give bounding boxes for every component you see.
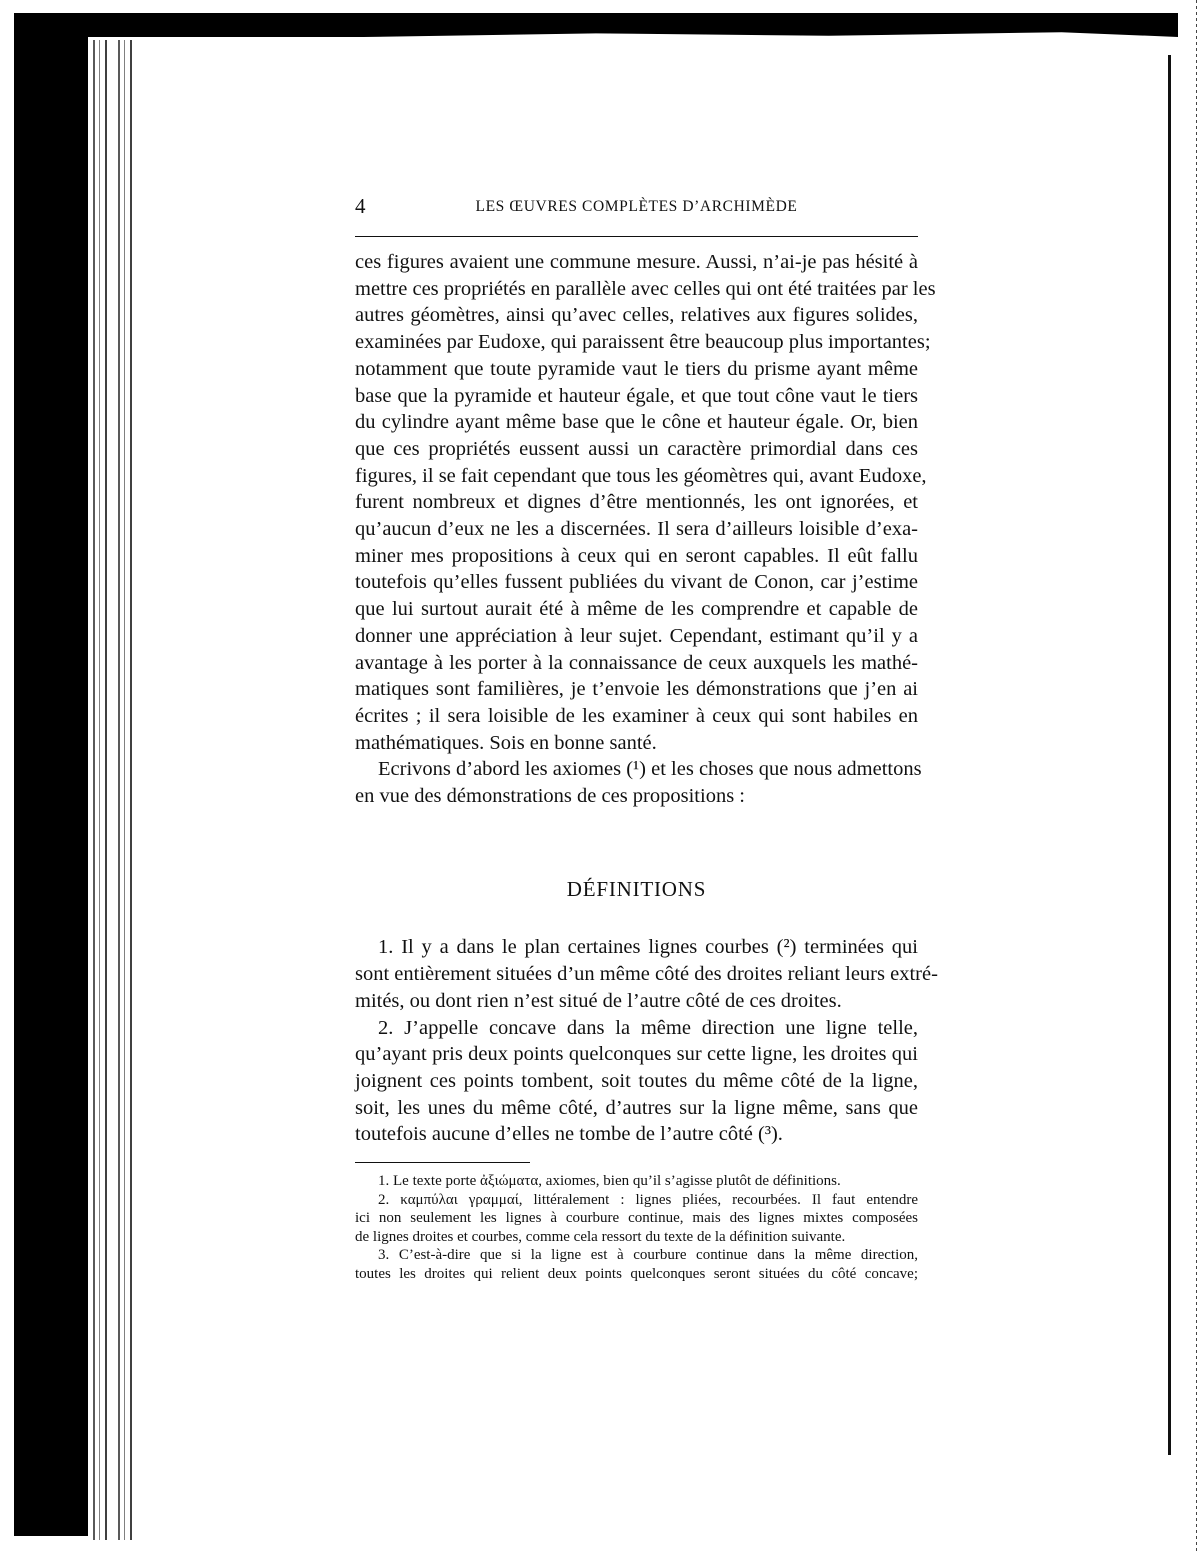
text-line: toutefois aucune d’elles ne tombe de l’a… <box>355 1121 918 1148</box>
text-line: soit, les unes du même côté, d’autres su… <box>355 1095 918 1122</box>
text-line: joignent ces points tombent, soit toutes… <box>355 1068 918 1095</box>
text-line: base que la pyramide et hauteur égale, e… <box>355 383 918 410</box>
running-head: 4 LES ŒUVRES COMPLÈTES D’ARCHIMÈDE <box>355 190 918 226</box>
footnote-line: toutes les droites qui relient deux poin… <box>355 1265 918 1284</box>
footnotes: 1. Le texte porte ἀξιώματα, axiomes, bie… <box>355 1172 918 1283</box>
text-line: matiques sont familières, je t’envoie le… <box>355 676 918 703</box>
text-line: toutefois qu’elles fussent publiées du v… <box>355 569 918 596</box>
header-rule <box>355 236 918 237</box>
text-line: qu’ayant pris deux points quelconques su… <box>355 1041 918 1068</box>
body-text: ces figures avaient une commune mesure. … <box>355 249 918 1148</box>
section-title-definitions: DÉFINITIONS <box>355 876 918 903</box>
text-line: examinées par Eudoxe, qui paraissent êtr… <box>355 329 918 356</box>
text-line: que lui surtout aurait été à même de les… <box>355 596 918 623</box>
text-line: qu’aucun d’eux ne les a discernées. Il s… <box>355 516 918 543</box>
text-line: en vue des démonstrations de ces proposi… <box>355 783 918 810</box>
footnote-line: 2. καμπύλαι γραμμαί, littéralement : lig… <box>355 1191 918 1210</box>
text-line: notamment que toute pyramide vaut le tie… <box>355 356 918 383</box>
paragraph-letter-conclusion: ces figures avaient une commune mesure. … <box>355 249 918 756</box>
text-line: 2. J’appelle concave dans la même direct… <box>355 1015 918 1042</box>
text-line: donner une appréciation à leur sujet. Ce… <box>355 623 918 650</box>
text-line: 1. Il y a dans le plan certaines lignes … <box>355 934 918 961</box>
book-page: 4 LES ŒUVRES COMPLÈTES D’ARCHIMÈDE ces f… <box>355 190 918 1283</box>
definition-2: 2. J’appelle concave dans la même direct… <box>355 1015 918 1149</box>
scan-dark-margin-top <box>14 13 1178 37</box>
running-head-title: LES ŒUVRES COMPLÈTES D’ARCHIMÈDE <box>355 198 918 216</box>
definition-1: 1. Il y a dans le plan certaines lignes … <box>355 934 918 1014</box>
footnote-2: 2. καμπύλαι γραμμαί, littéralement : lig… <box>355 1191 918 1247</box>
footnote-line: ici non seulement les lignes à courbure … <box>355 1209 918 1228</box>
text-line: écrites ; il sera loisible de les examin… <box>355 703 918 730</box>
text-line: mités, ou dont rien n’est situé de l’aut… <box>355 988 918 1015</box>
text-line: du cylindre ayant même base que le cône … <box>355 409 918 436</box>
scan-page-edge-right <box>1168 55 1171 1455</box>
scan-dark-margin-left <box>14 14 88 1536</box>
text-line: avantage à les porter à la connaissance … <box>355 650 918 677</box>
text-line: mathématiques. Sois en bonne santé. <box>355 730 918 757</box>
paragraph-axioms-intro: Ecrivons d’abord les axiomes (¹) et les … <box>355 756 918 809</box>
scan-page-edge-stripes <box>88 40 140 1540</box>
text-line: furent nombreux et dignes d’être mention… <box>355 489 918 516</box>
text-line: autres géomètres, ainsi qu’avec celles, … <box>355 302 918 329</box>
text-line: que ces propriétés eussent aussi un cara… <box>355 436 918 463</box>
footnote-line: 1. Le texte porte ἀξιώματα, axiomes, bie… <box>355 1172 918 1191</box>
footnote-line: de lignes droites et courbes, comme cela… <box>355 1228 918 1247</box>
footnote-1: 1. Le texte porte ἀξιώματα, axiomes, bie… <box>355 1172 918 1191</box>
text-line: sont entièrement situées d’un même côté … <box>355 961 918 988</box>
footnote-rule <box>355 1162 530 1163</box>
scan-dotted-border-right <box>1196 0 1197 1552</box>
footnote-3: 3. C’est-à-dire que si la ligne est à co… <box>355 1246 918 1283</box>
text-line: ces figures avaient une commune mesure. … <box>355 249 918 276</box>
footnote-line: 3. C’est-à-dire que si la ligne est à co… <box>355 1246 918 1265</box>
text-line: Ecrivons d’abord les axiomes (¹) et les … <box>355 756 918 783</box>
text-line: miner mes propositions à ceux qui en ser… <box>355 543 918 570</box>
text-line: mettre ces propriétés en parallèle avec … <box>355 276 918 303</box>
text-line: figures, il se fait cependant que tous l… <box>355 463 918 490</box>
